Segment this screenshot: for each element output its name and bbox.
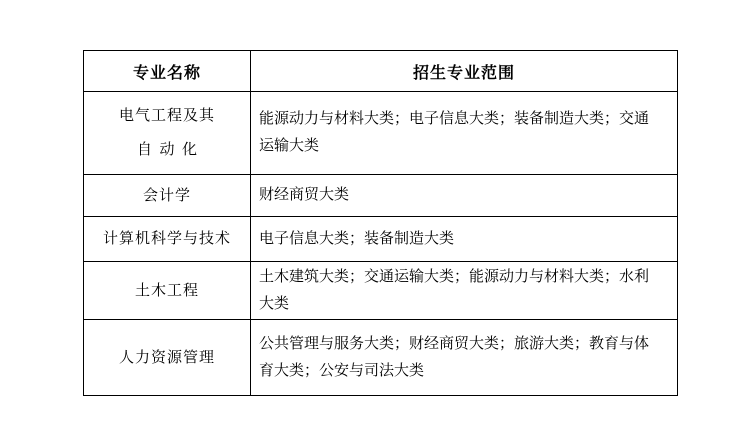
major-cell: 会计学 [84,175,251,217]
scope-cell: 财经商贸大类 [251,175,678,217]
scope-line: 能源动力与材料大类；电子信息大类；装备制造大类；交通 [259,106,673,133]
scope-cell: 土木建筑大类；交通运输大类；能源动力与材料大类；水利大类 [251,262,678,320]
major-line: 土木工程 [84,274,250,308]
scope-line: 大类 [259,291,673,318]
scope-cell: 电子信息大类；装备制造大类 [251,217,678,262]
table-row: 人力资源管理公共管理与服务大类；财经商贸大类；旅游大类；教育与体育大类；公安与司… [84,320,678,396]
scope-line: 运输大类 [259,133,673,160]
table-header: 专业名称 招生专业范围 [84,51,678,92]
table-row: 会计学财经商贸大类 [84,175,678,217]
major-line: 人力资源管理 [84,341,250,375]
major-cell: 电气工程及其自动化 [84,92,251,175]
major-line: 电气工程及其 [84,99,250,133]
major-cell: 计算机科学与技术 [84,217,251,262]
majors-table: 专业名称 招生专业范围 电气工程及其自动化能源动力与材料大类；电子信息大类；装备… [83,50,678,396]
scope-cell: 公共管理与服务大类；财经商贸大类；旅游大类；教育与体育大类；公安与司法大类 [251,320,678,396]
header-major-name: 专业名称 [84,51,251,92]
header-admission-scope: 招生专业范围 [251,51,678,92]
table-row: 计算机科学与技术电子信息大类；装备制造大类 [84,217,678,262]
major-line: 计算机科学与技术 [84,222,250,256]
major-cell: 人力资源管理 [84,320,251,396]
page: 专业名称 招生专业范围 电气工程及其自动化能源动力与材料大类；电子信息大类；装备… [0,0,744,435]
header-row: 专业名称 招生专业范围 [84,51,678,92]
scope-line: 财经商贸大类 [259,182,673,209]
table-row: 土木工程土木建筑大类；交通运输大类；能源动力与材料大类；水利大类 [84,262,678,320]
table-body: 电气工程及其自动化能源动力与材料大类；电子信息大类；装备制造大类；交通运输大类会… [84,92,678,396]
table-row: 电气工程及其自动化能源动力与材料大类；电子信息大类；装备制造大类；交通运输大类 [84,92,678,175]
scope-line: 土木建筑大类；交通运输大类；能源动力与材料大类；水利 [259,264,673,291]
major-line: 会计学 [84,179,250,213]
scope-line: 公共管理与服务大类；财经商贸大类；旅游大类；教育与体 [259,331,673,358]
major-line: 自动化 [84,133,250,167]
scope-line: 电子信息大类；装备制造大类 [259,226,673,253]
scope-line: 育大类；公安与司法大类 [259,358,673,385]
major-cell: 土木工程 [84,262,251,320]
scope-cell: 能源动力与材料大类；电子信息大类；装备制造大类；交通运输大类 [251,92,678,175]
